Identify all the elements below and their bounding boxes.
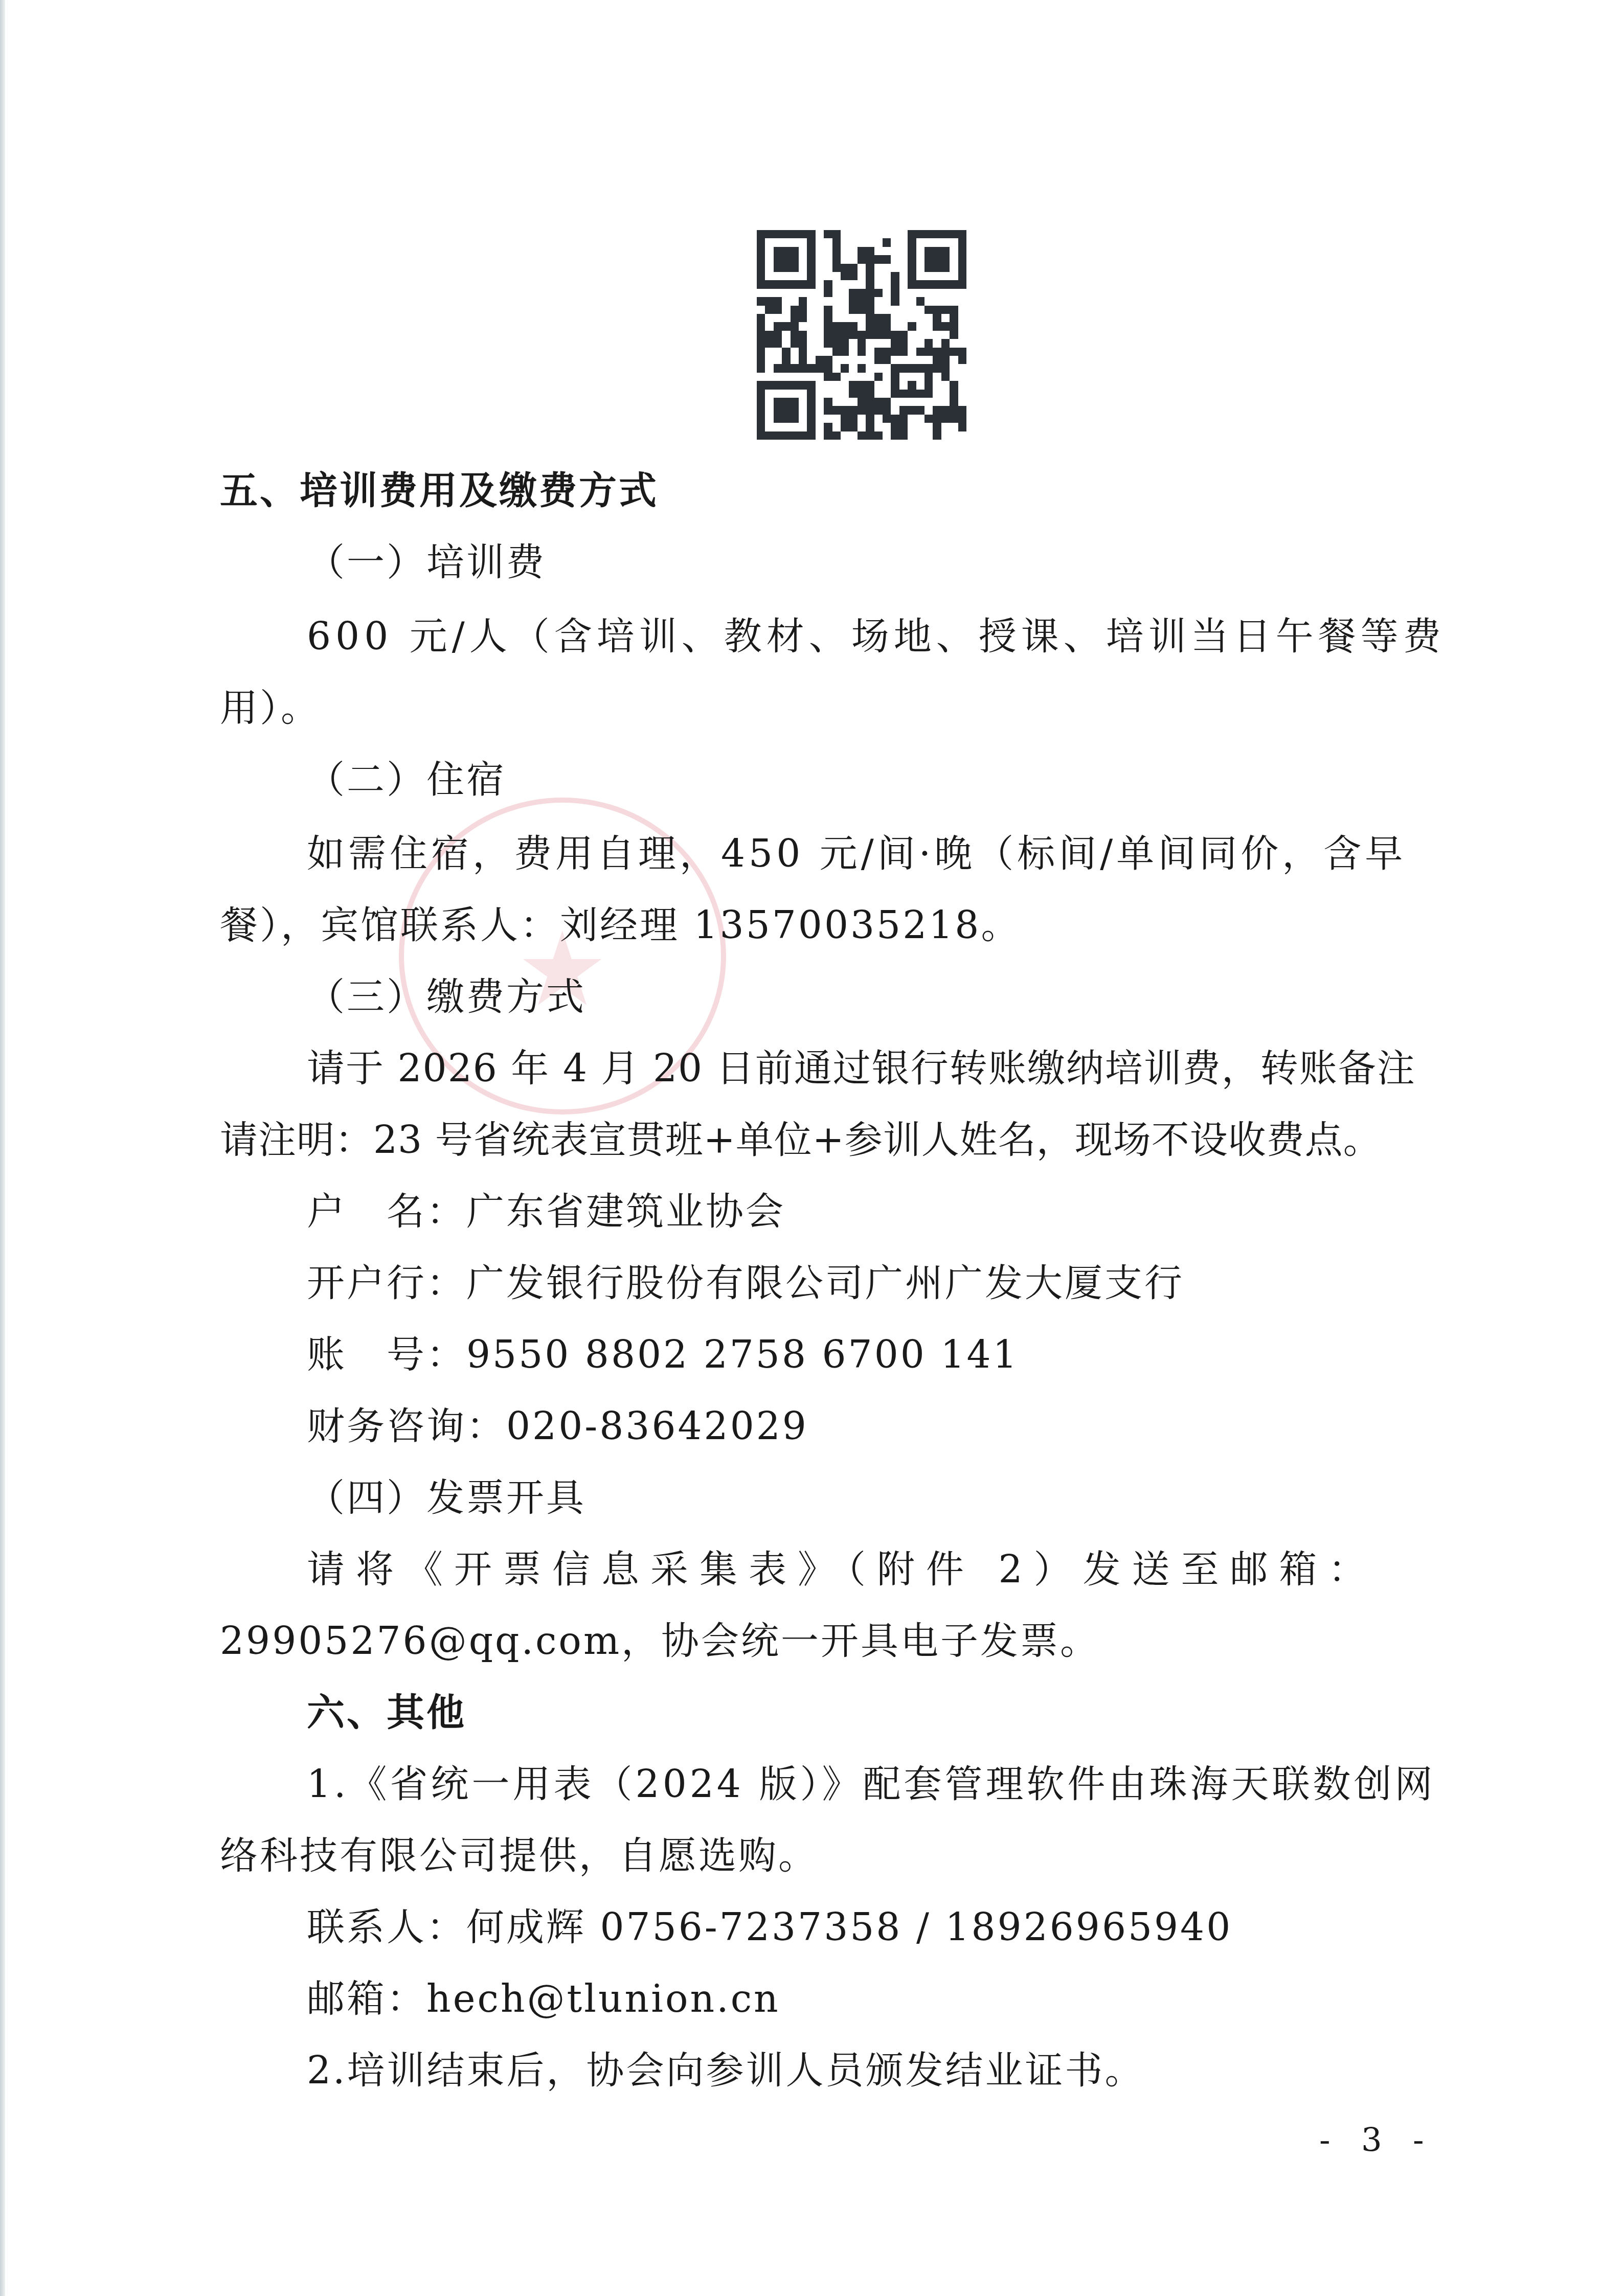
invoice-subheading: （四）发票开具 [307, 1472, 586, 1524]
fee-text-line2: 用）。 [220, 683, 321, 734]
scan-edge [0, 0, 5, 2296]
section-6-heading: 六、其他 [307, 1687, 466, 1738]
fee-subheading: （一）培训费 [307, 537, 546, 588]
payment-subheading: （三）缴费方式 [307, 971, 586, 1022]
software-note-line1: 1.《省统一用表（2024 版）》配套管理软件由珠海天联数创网 [307, 1759, 1435, 1810]
payment-text-line2: 请注明：23 号省统表宣贯班+单位+参训人姓名，现场不设收费点。 [220, 1115, 1382, 1166]
invoice-text-line1: 请将《开票信息采集表》（附件 2）发送至邮箱： [307, 1544, 1378, 1595]
account-number: 账 号：9550 8802 2758 6700 141 [307, 1329, 1019, 1380]
account-name: 户 名：广东省建筑业协会 [307, 1186, 785, 1237]
fee-text-line1: 600 元/人（含培训、教材、场地、授课、培训当日午餐等费 [307, 611, 1446, 662]
finance-contact: 财务咨询：020-83642029 [307, 1401, 808, 1452]
software-contact: 联系人：何成辉 0756-7237358 / 18926965940 [307, 1902, 1232, 1953]
qr-code-icon[interactable] [757, 230, 966, 440]
section-5-heading: 五、培训费用及缴费方式 [220, 465, 659, 516]
lodging-text-line2: 餐），宾馆联系人：刘经理 13570035218。 [220, 900, 1021, 951]
invoice-email-line: 2990527­6@qq.com，协会统一开具电子发票。 [220, 1616, 1100, 1667]
payment-text-line1: 请于 2026 年 4 月 20 日前通过银行转账缴纳培训费，转账备注 [307, 1043, 1416, 1094]
software-email: 邮箱：hech@tlunion.cn [307, 1973, 780, 2025]
page-number: - 3 - [1319, 2122, 1434, 2159]
bank-name: 开户行：广发银行股份有限公司广州广发大厦支行 [307, 1258, 1184, 1309]
certificate-note: 2.培训结束后，协会向参训人员颁发结业证书。 [307, 2045, 1145, 2096]
lodging-subheading: （二）住宿 [307, 754, 506, 805]
software-note-line2: 络科技有限公司提供，自愿选购。 [220, 1830, 818, 1881]
lodging-text-line1: 如需住宿，费用自理，450 元/间·晚（标间/单间同价，含早 [307, 828, 1406, 879]
